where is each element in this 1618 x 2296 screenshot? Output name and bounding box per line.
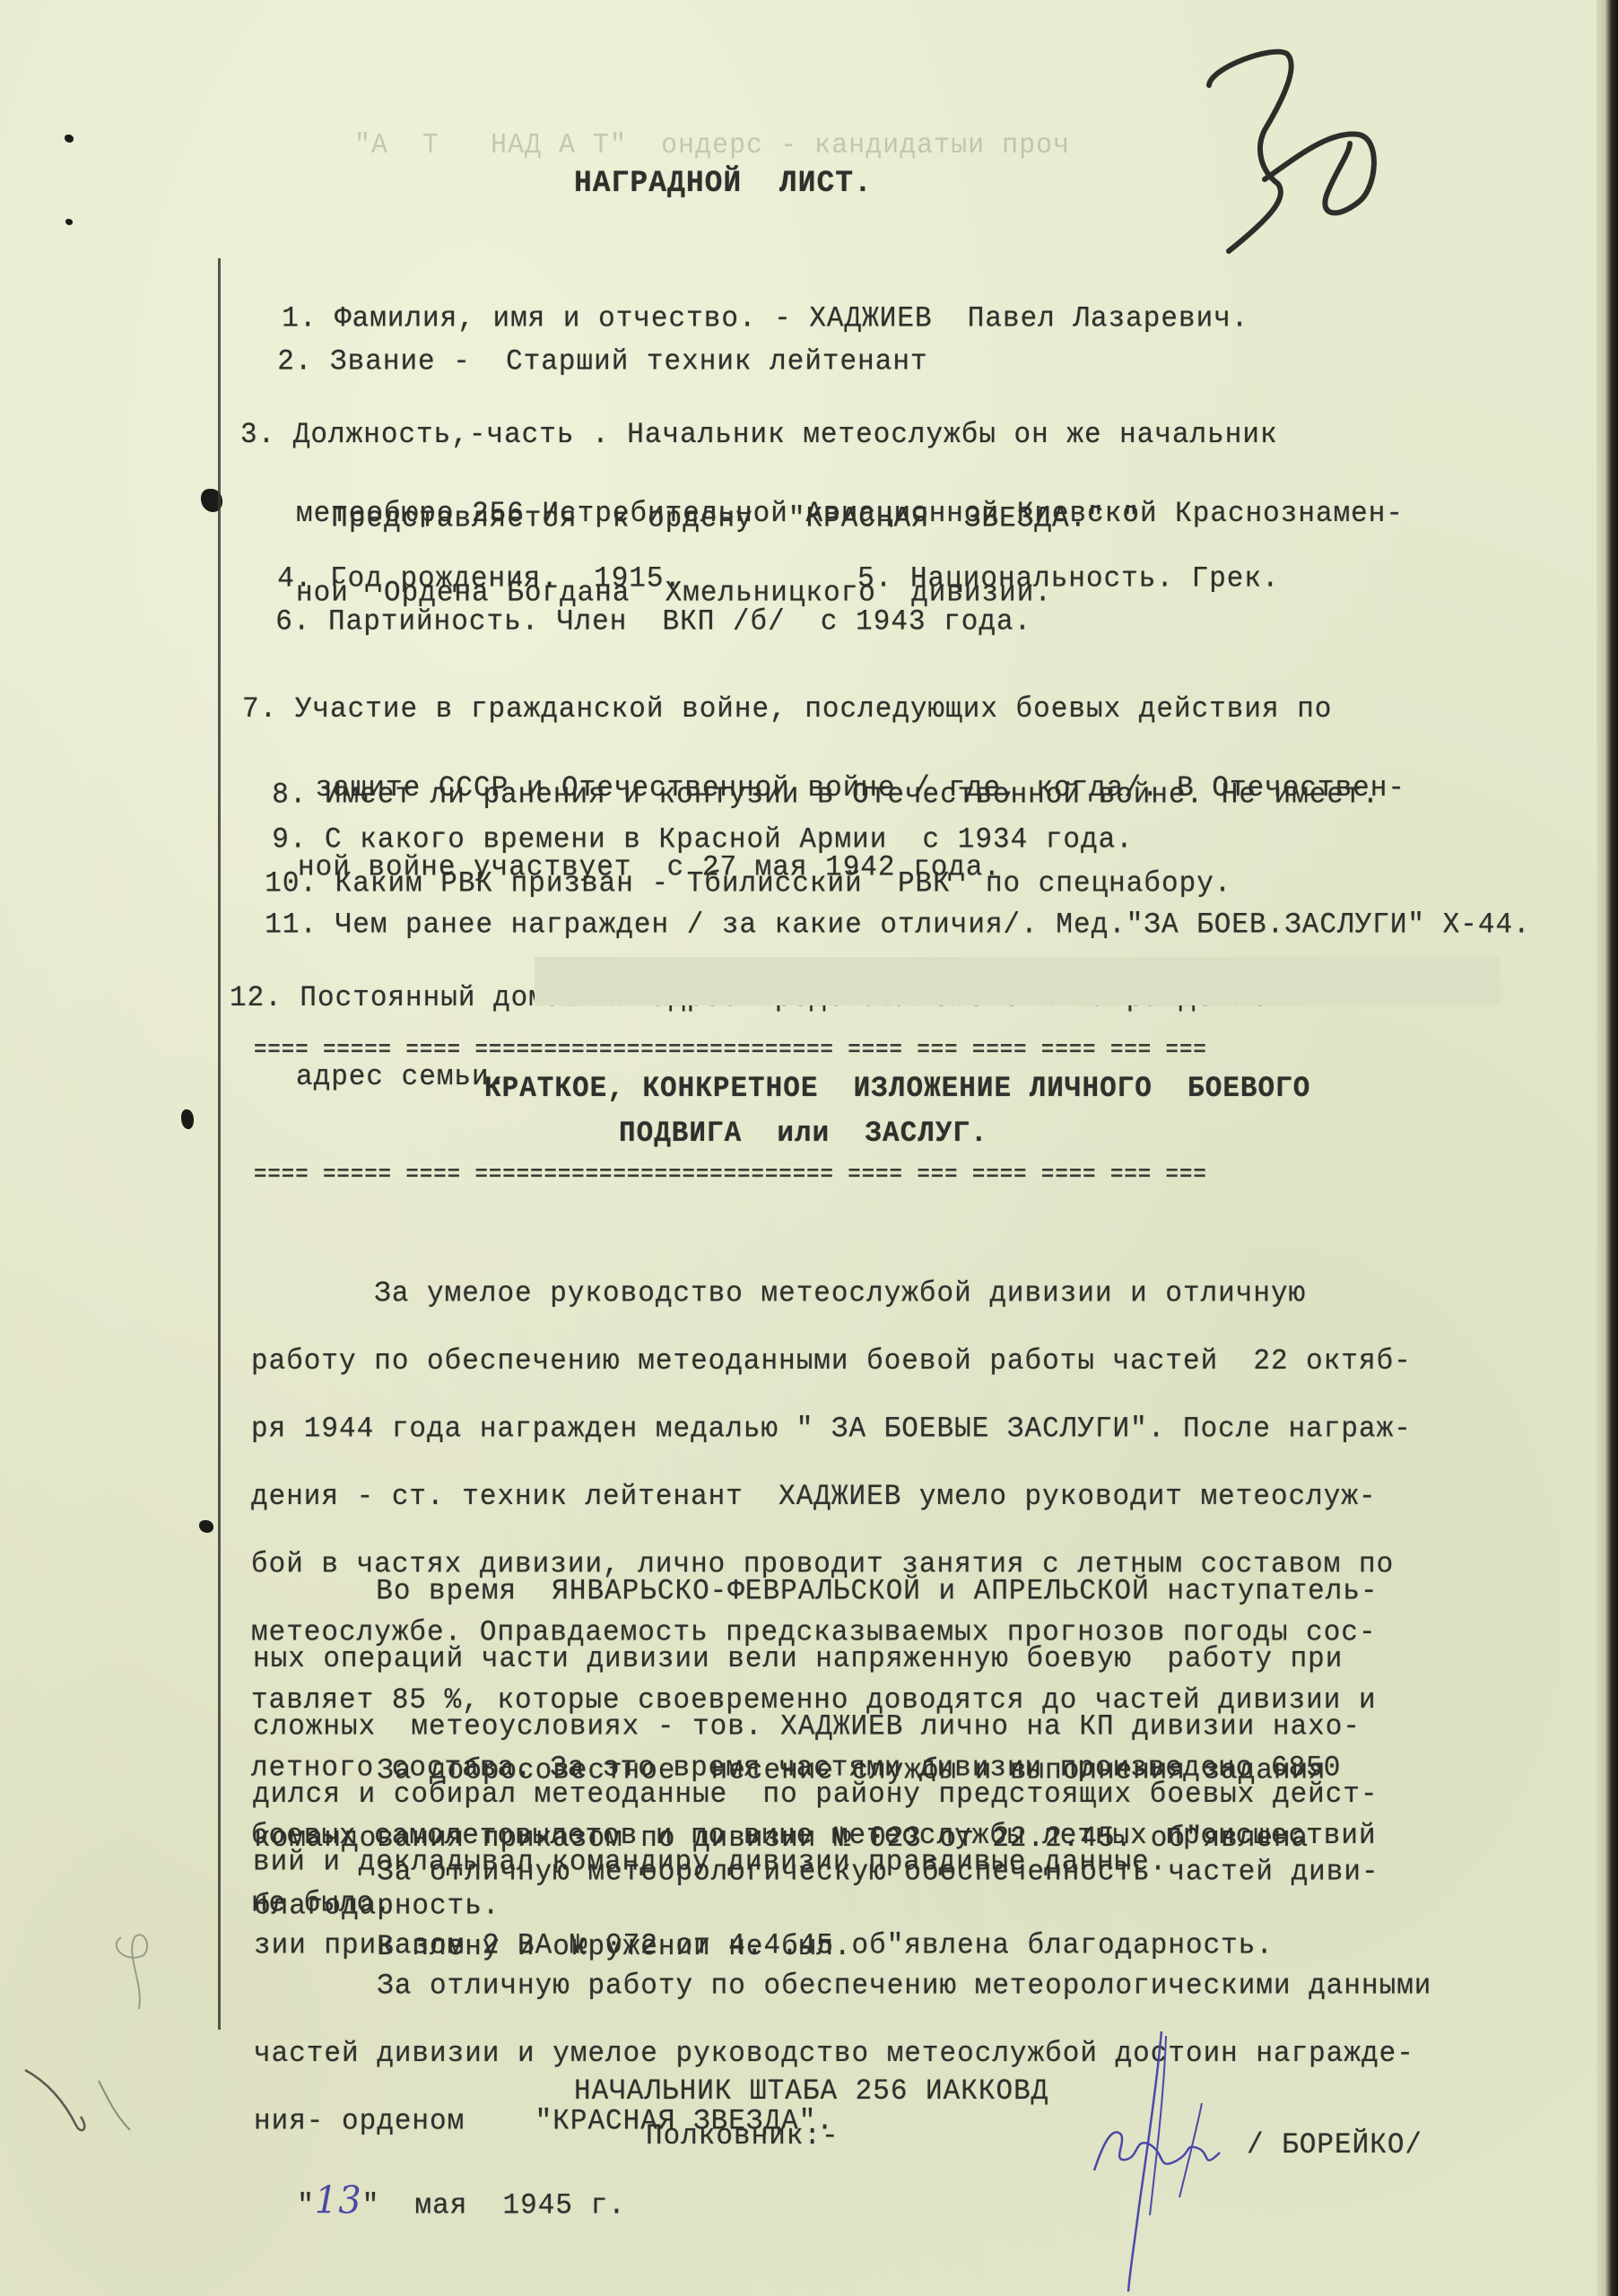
margin-pencil-mark — [54, 1883, 161, 2063]
punch-hole — [65, 135, 74, 143]
folio-number-handwritten — [1193, 45, 1390, 260]
field-2-rank: 2. Звание - Старший техник лейтенант — [242, 323, 928, 376]
award-nomination-line: Представляется к ордену "КРАСНАЯ ЗВЕЗДА.… — [296, 480, 1140, 533]
bleed-through-text: "А Т НАД А Т" ондерс - кандидатыи проч — [354, 133, 1070, 159]
text-line: За умелое руководство метеослужбой дивиз… — [251, 1283, 1412, 1305]
redacted-address-block — [535, 957, 1501, 1005]
item-text: Партийность. Член ВКП /б/ с 1943 года. — [328, 605, 1031, 639]
divider-top: ==== ===== ==== ========================… — [254, 1039, 1207, 1063]
text-line: ных операций части дивизии вели напряжен… — [253, 1648, 1379, 1671]
text-line: За отличную работу по обеспечению метеор… — [254, 1975, 1431, 1997]
date-quote: " — [297, 2190, 315, 2223]
punch-hole — [181, 1109, 194, 1129]
punch-hole — [65, 219, 73, 225]
item-number: 3. — [240, 419, 275, 452]
text-line: За добросовестное несение службы и выпол… — [254, 1760, 1327, 1782]
date-text: " мая 1945 г. — [362, 2190, 626, 2223]
text-line: работу по обеспечению метеоданными боево… — [251, 1351, 1412, 1373]
signatory-rank: Полковник:- — [646, 2124, 839, 2150]
item-number: 12. — [230, 982, 283, 1015]
section-heading-line1: КРАТКОЕ, КОНКРЕТНОЕ ИЗЛОЖЕНИЕ ЛИЧНОГО БО… — [484, 1076, 1310, 1102]
text-line: Во время ЯНВАРЬСКО-ФЕВРАЛЬСКОЙ и АПРЕЛЬС… — [253, 1580, 1379, 1603]
punch-hole — [199, 1520, 213, 1533]
document-date: "13" мая 1945 г. — [262, 2161, 626, 2220]
field-11-prior-awards: 11. Чем ранее награжден / за какие отлич… — [230, 886, 1531, 939]
field-6-party: 6. Партийность. Член ВКП /б/ с 1943 года… — [240, 583, 1031, 636]
item-number: 7. — [242, 693, 277, 726]
item-text: Участие в гражданской войне, последующих… — [295, 693, 1333, 726]
margin-rule — [218, 258, 221, 2030]
signatory-name: / БОРЕЙКО/ — [1247, 2133, 1422, 2159]
page-edge-shadow — [1596, 0, 1618, 2296]
text-line: дения - ст. техник лейтенант ХАДЖИЕВ уме… — [251, 1486, 1412, 1509]
item-text: Представляется к ордену "КРАСНАЯ ЗВЕЗДА.… — [331, 502, 1140, 535]
item-text: Должность,-часть . Начальник метеослужбы… — [293, 419, 1278, 452]
text-line: ря 1944 года награжден медалью " ЗА БОЕВ… — [251, 1419, 1412, 1441]
handwritten-signature — [1076, 2027, 1256, 2296]
item-number: 6. — [275, 605, 310, 639]
signatory-position: НАЧАЛЬНИК ШТАБА 256 ИАККОВД — [574, 2079, 1048, 2105]
divider-bottom: ==== ===== ==== ========================… — [254, 1163, 1207, 1187]
document-title: НАГРАДНОЙ ЛИСТ. — [574, 170, 873, 196]
date-day-handwritten: 13 — [315, 2179, 362, 2222]
margin-pencil-mark — [18, 2063, 144, 2152]
section-heading-line2: ПОДВИГА или ЗАСЛУГ. — [619, 1121, 988, 1147]
